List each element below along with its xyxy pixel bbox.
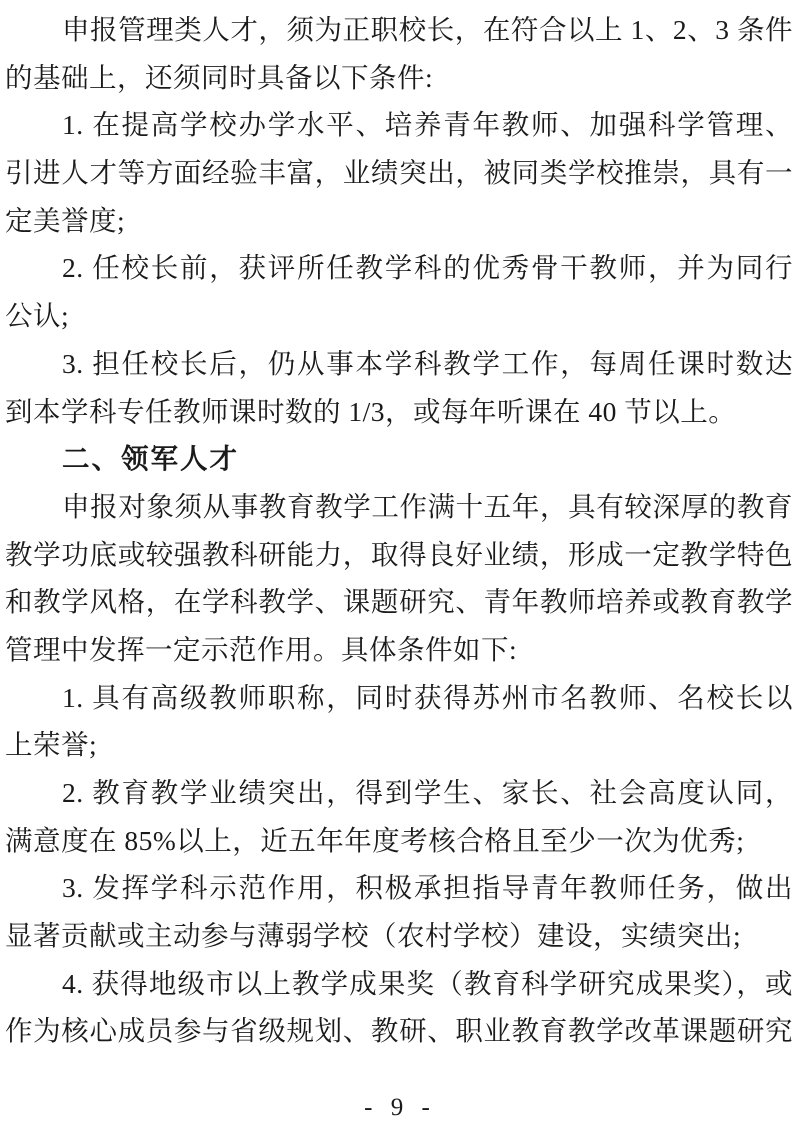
text-line: 申报对象须从事教育教学工作满十五年，具有较深厚的教育 (5, 483, 793, 531)
text-line: 满意度在 85%以上，近五年年度考核合格且至少一次为优秀; (5, 817, 793, 865)
text-line: 3. 担任校长后，仍从事本学科教学工作，每周任课时数达 (5, 340, 793, 388)
lines-container: 申报管理类人才，须为正职校长，在符合以上 1、2、3 条件的基础上，还须同时具备… (0, 0, 800, 1055)
text-line: 定美誉度; (5, 197, 793, 245)
text-line: 1. 在提高学校办学水平、培养青年教师、加强科学管理、 (5, 101, 793, 149)
text-line: 2. 教育教学业绩突出，得到学生、家长、社会高度认同， (5, 769, 793, 817)
text-line: 2. 任校长前，获评所任教学科的优秀骨干教师，并为同行 (5, 244, 793, 292)
page-number: - 9 - (0, 1093, 800, 1123)
text-line: 管理中发挥一定示范作用。具体条件如下: (5, 626, 793, 674)
text-line: 到本学科专任教师课时数的 1/3，或每年听课在 40 节以上。 (5, 388, 793, 436)
document-page: 申报管理类人才，须为正职校长，在符合以上 1、2、3 条件的基础上，还须同时具备… (0, 0, 800, 1129)
text-line: 和教学风格，在学科教学、课题研究、青年教师培养或教育教学 (5, 578, 793, 626)
text-line: 4. 获得地级市以上教学成果奖（教育科学研究成果奖），或 (5, 960, 793, 1008)
text-line: 1. 具有高级教师职称，同时获得苏州市名教师、名校长以 (5, 674, 793, 722)
text-line: 作为核心成员参与省级规划、教研、职业教育教学改革课题研究 (5, 1007, 793, 1055)
text-line: 的基础上，还须同时具备以下条件: (5, 54, 793, 102)
text-line: 显著贡献或主动参与薄弱学校（农村学校）建设，实绩突出; (5, 912, 793, 960)
text-line: 公认; (5, 292, 793, 340)
section-heading: 二、领军人才 (5, 435, 793, 483)
text-line: 上荣誉; (5, 721, 793, 769)
text-line: 引进人才等方面经验丰富，业绩突出，被同类学校推崇，具有一 (5, 149, 793, 197)
text-line: 3. 发挥学科示范作用，积极承担指导青年教师任务，做出 (5, 864, 793, 912)
text-line: 申报管理类人才，须为正职校长，在符合以上 1、2、3 条件 (5, 6, 793, 54)
text-line: 教学功底或较强教科研能力，取得良好业绩，形成一定教学特色 (5, 531, 793, 579)
